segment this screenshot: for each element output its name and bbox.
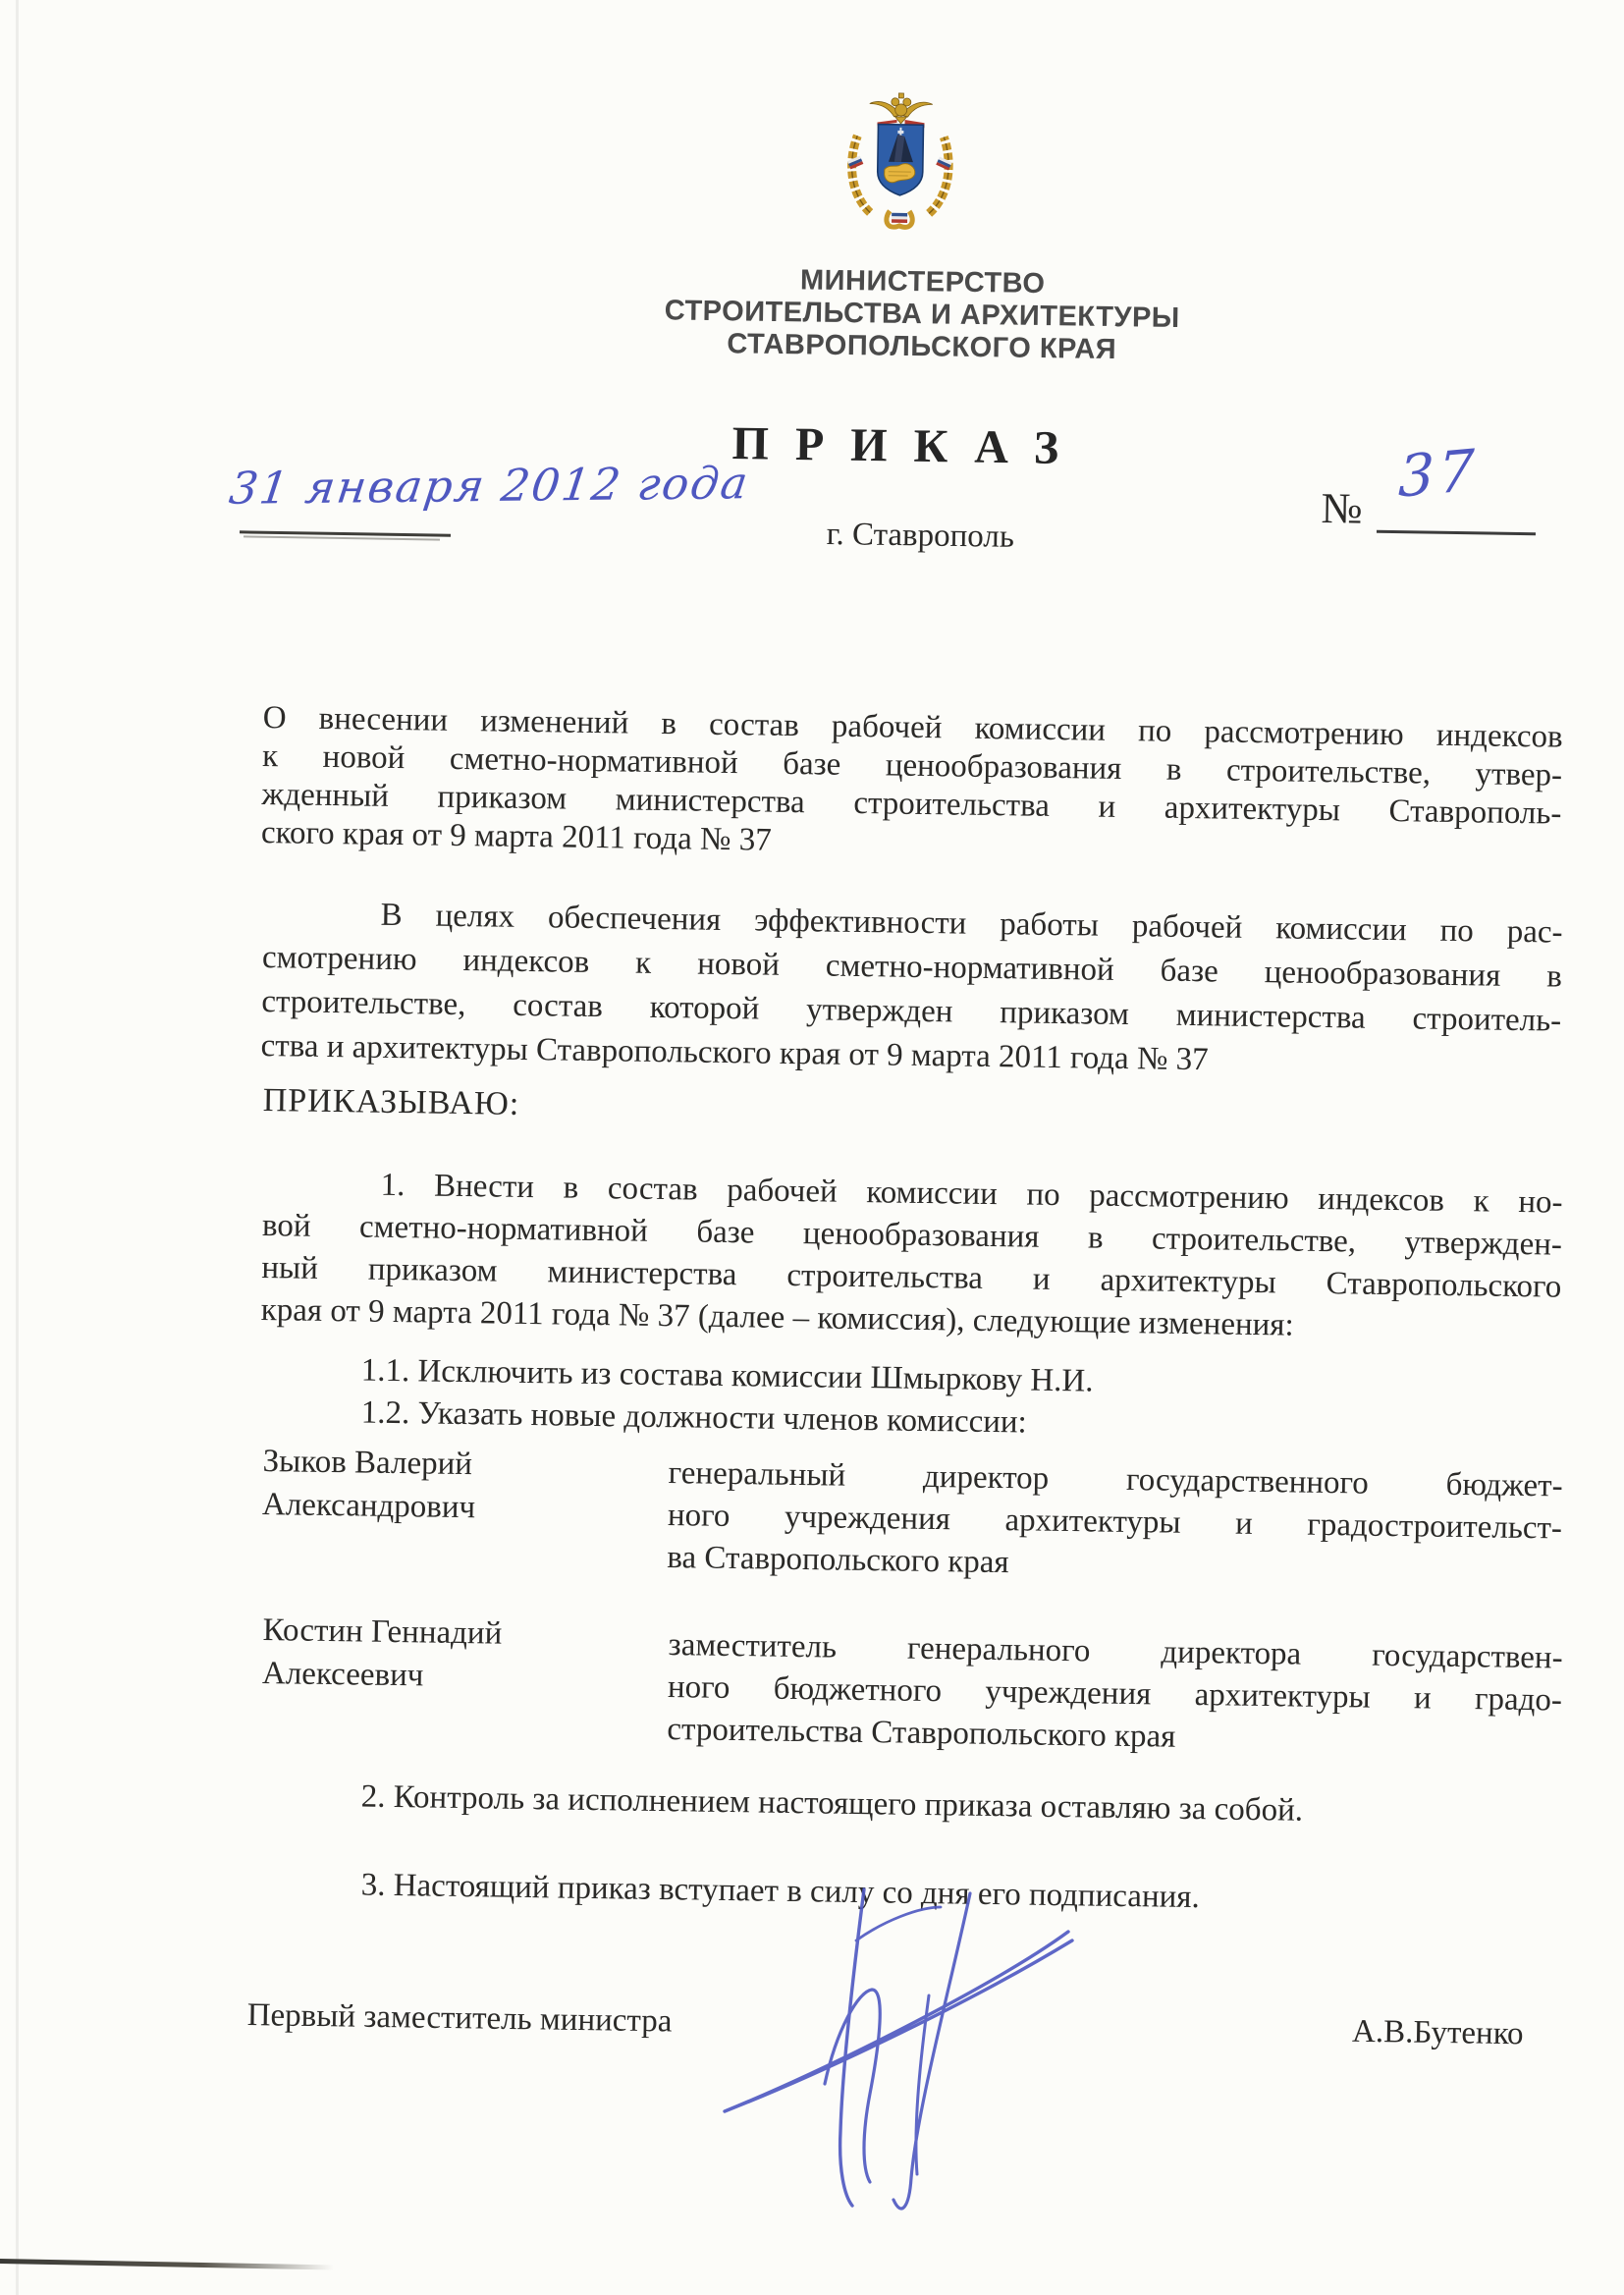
intro-paragraph: В целях обеспечения эффективности работы… — [260, 892, 1563, 1088]
scan-page-edge-left — [16, 0, 19, 2295]
handwritten-number: 37 — [1398, 436, 1480, 510]
member-name: Костин Геннадий Алексеевич — [262, 1609, 558, 1699]
member-name-line: Алексеевич — [262, 1652, 558, 1699]
member-name-line: Зыков Валерий — [262, 1440, 558, 1487]
scanned-order-document: МИНИСТЕРСТВО СТРОИТЕЛЬСТВА И АРХИТЕКТУРЫ… — [0, 0, 1624, 2295]
number-label: № — [1321, 483, 1363, 534]
date-underline-shadow — [244, 535, 440, 540]
subject-paragraph: О внесении изменений в состав рабочей ко… — [261, 699, 1563, 872]
handwritten-date: 31 января 2012 года — [227, 457, 753, 515]
item-1-1: 1.1. Исключить из состава комиссии Шмырк… — [262, 1351, 1093, 1400]
member-position: заместитель генерального директора госуд… — [667, 1624, 1563, 1765]
item-2: 2. Контроль за исполнением настоящего пр… — [262, 1777, 1303, 1830]
item-1-paragraph: 1. Внести в состав рабочей комиссии по р… — [260, 1163, 1562, 1351]
double-headed-eagle-icon — [870, 92, 933, 124]
scan-page-edge-bottom — [0, 2259, 334, 2270]
coat-of-arms-stavropol-krai-icon — [839, 90, 962, 242]
member-position: генеральный директор государственного бю… — [667, 1452, 1563, 1593]
document-title: ПРИКАЗ — [731, 416, 1085, 475]
member-name-line: Александрович — [262, 1483, 558, 1530]
order-word: ПРИКАЗЫВАЮ: — [262, 1082, 519, 1123]
ministry-name: МИНИСТЕРСТВО СТРОИТЕЛЬСТВА И АРХИТЕКТУРЫ… — [578, 261, 1267, 368]
number-underline — [1377, 530, 1536, 536]
document-place: г. Ставрополь — [826, 517, 1014, 556]
signer-title: Первый заместитель министра — [246, 1997, 672, 2040]
signer-name: А.В.Бутенко — [1352, 2014, 1524, 2053]
member-name-line: Костин Геннадий — [262, 1609, 558, 1656]
item-1-2: 1.2. Указать новые должности членов коми… — [262, 1393, 1027, 1442]
pen-signature — [677, 1878, 1208, 2231]
member-name: Зыков Валерий Александрович — [262, 1440, 558, 1530]
